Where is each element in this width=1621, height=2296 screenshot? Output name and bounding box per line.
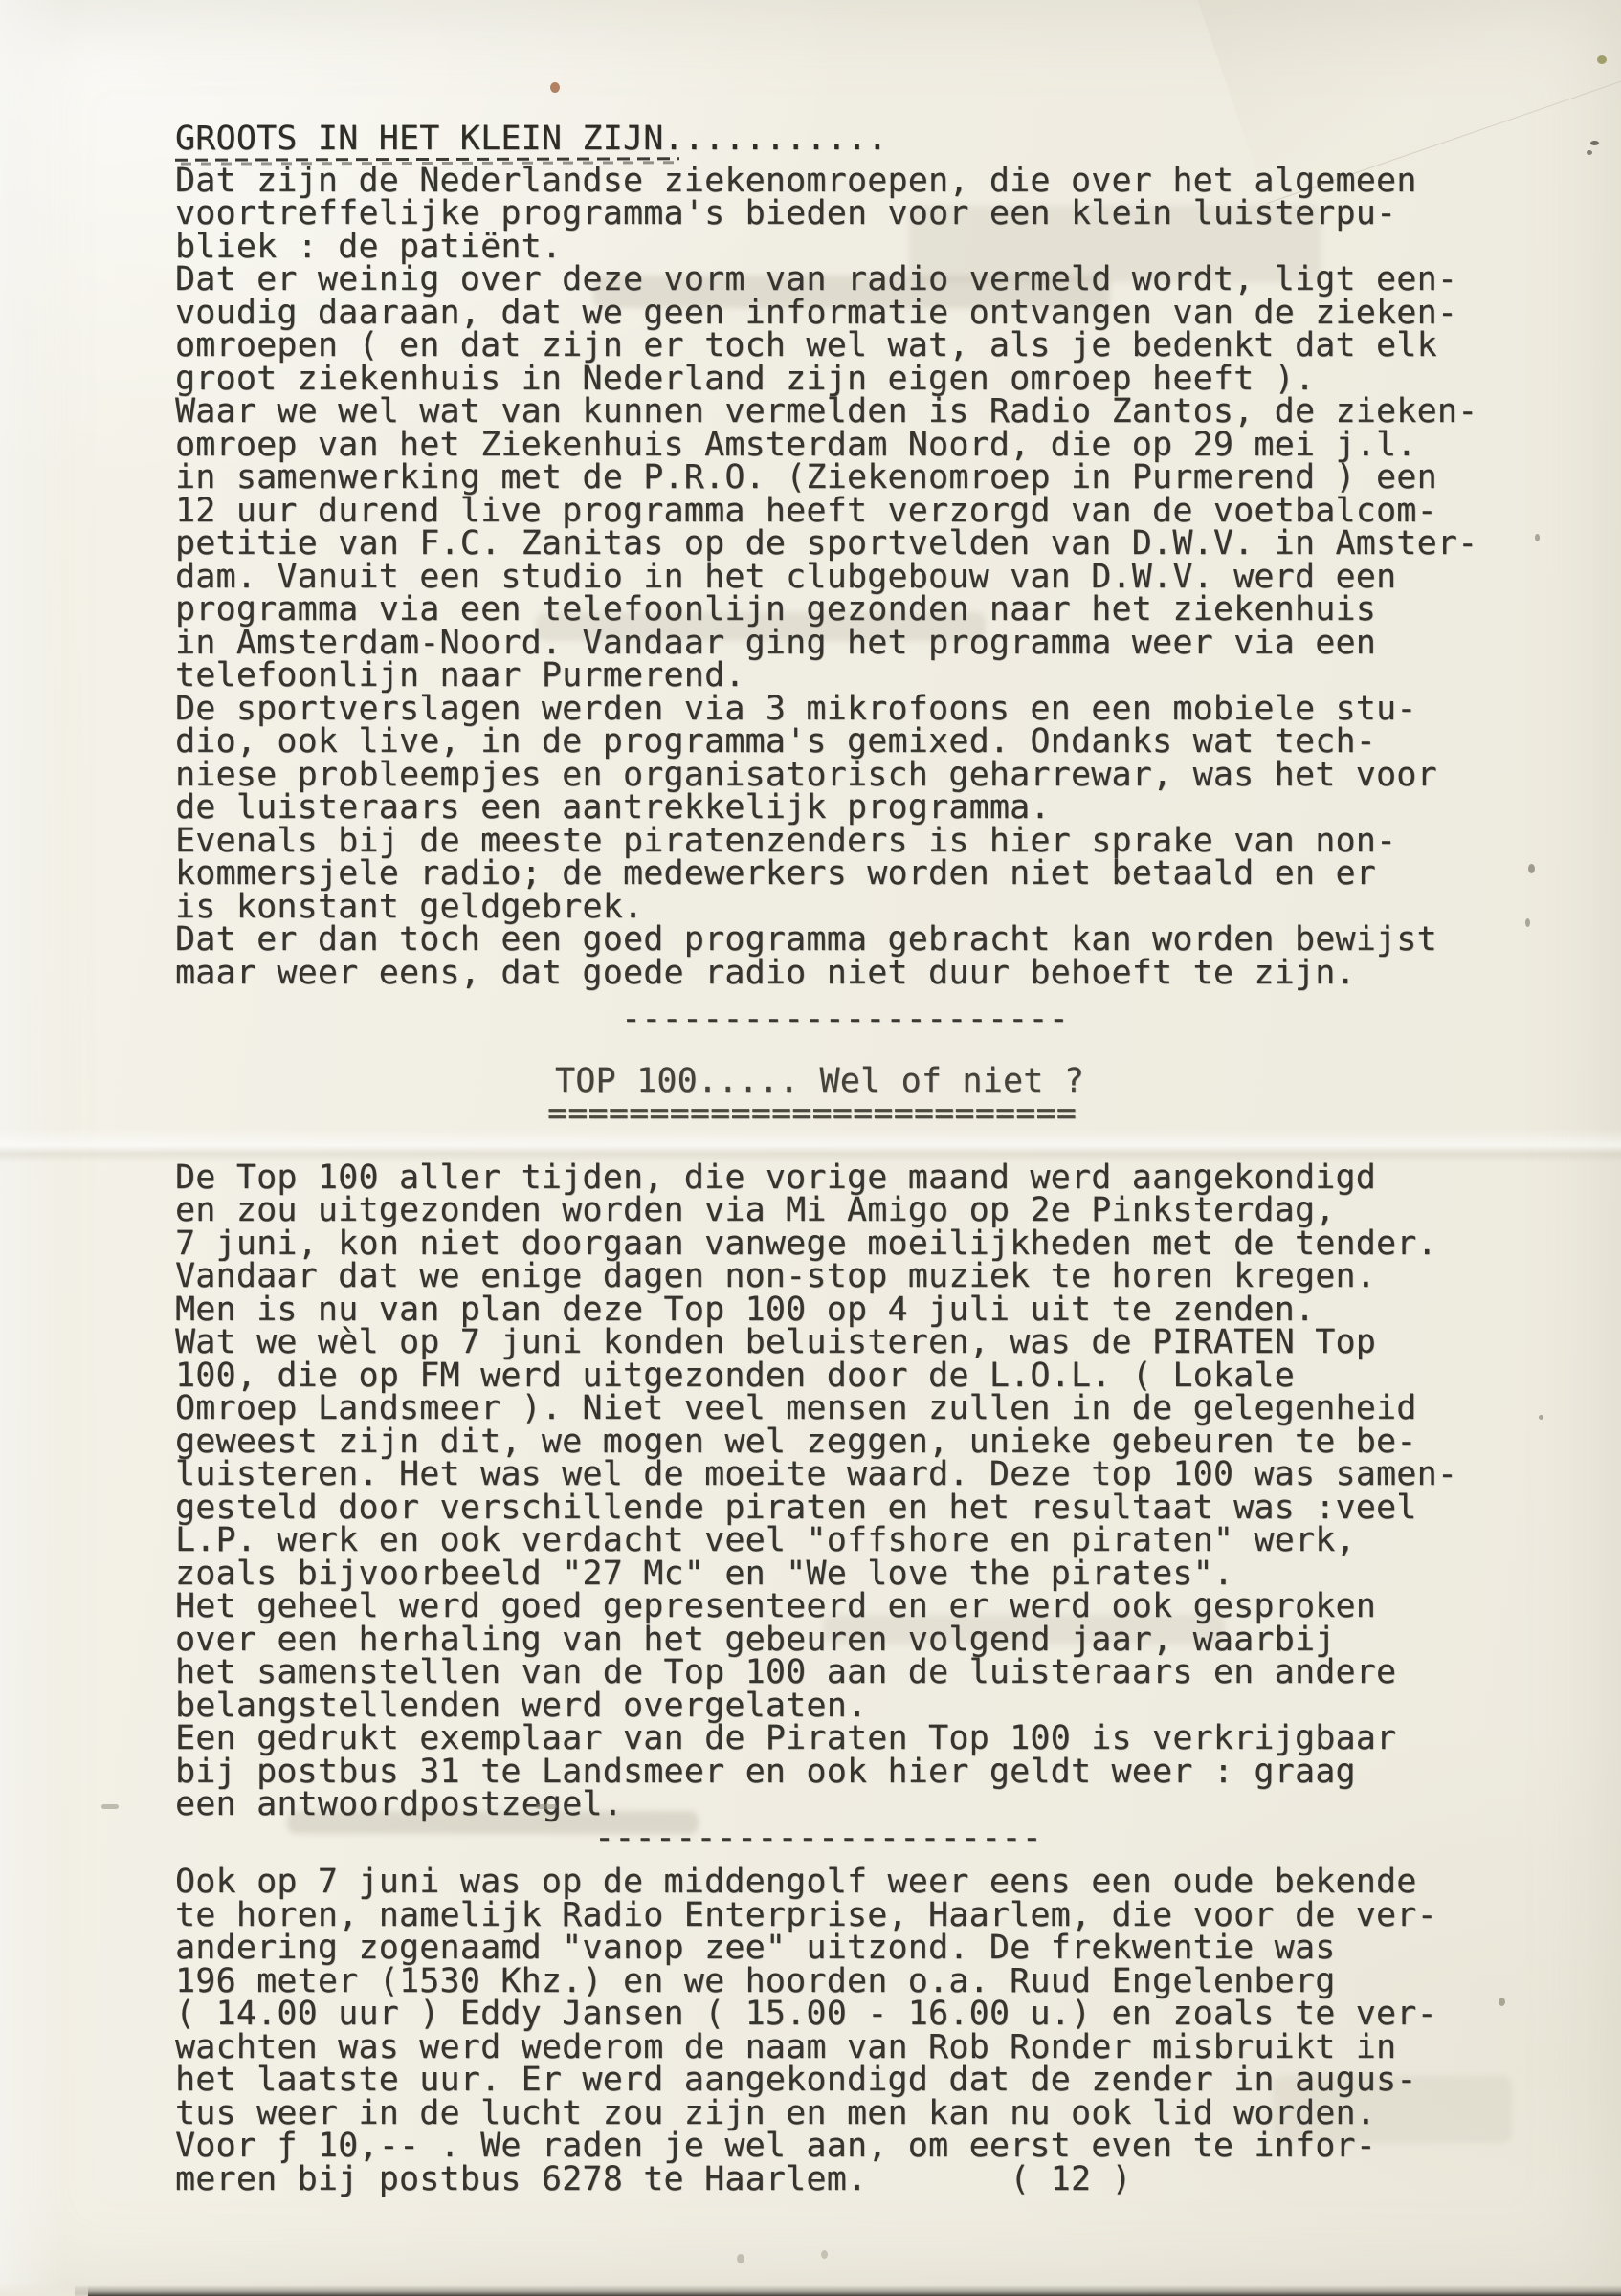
ink-speck [1590,141,1599,145]
article-title: GROOTS IN HET KLEIN ZIJN........... [175,122,1534,156]
ink-speck [1535,534,1540,541]
bottom-scan-edge [75,2285,1621,2296]
bottom-corner-light [0,2283,88,2296]
scanned-page: GROOTS IN HET KLEIN ZIJN........... Dat … [0,0,1621,2296]
ink-speck [1525,918,1530,927]
article-title-underline [175,157,679,165]
top100-title: TOP 100..... Wel of niet ? [555,1065,1534,1098]
section-divider-1: ---------------------- [621,1003,1534,1036]
article: GROOTS IN HET KLEIN ZIJN........... Dat … [175,122,1534,2196]
section-divider-2: ---------------------- [594,1821,1534,1855]
paragraph-radio-enterprise: Ook op 7 juni was op de middengolf weer … [175,1865,1534,2196]
ink-speck [550,82,560,93]
paragraph-ziekenomroepen: Dat zijn de Nederlandse ziekenomroepen, … [175,165,1534,990]
ink-speck [1587,150,1592,155]
ink-speck [1528,864,1535,873]
ink-speck [737,2254,744,2263]
ink-speck [821,2250,828,2259]
ink-speck [1539,1415,1543,1420]
top100-title-underline: ========================== [547,1097,1534,1131]
ink-speck [101,1804,119,1809]
paragraph-top100: De Top 100 aller tijden, die vorige maan… [175,1161,1534,1821]
ink-speck [1499,1998,1505,2006]
ink-speck [1597,55,1607,64]
ink-speck [536,1804,557,1809]
